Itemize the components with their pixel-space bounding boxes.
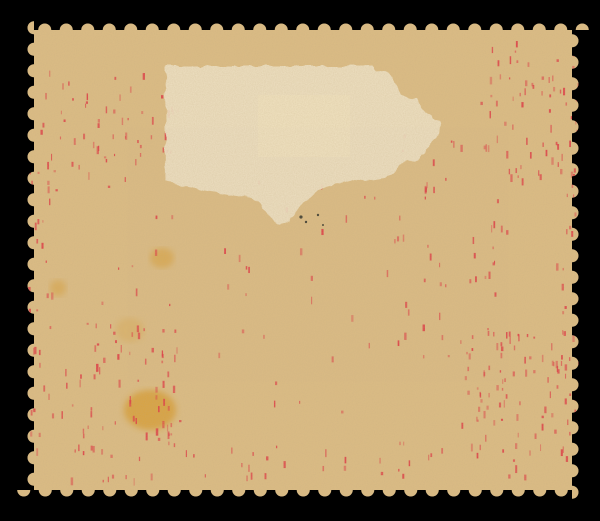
stamp-back-illustration [0,0,600,521]
stamp-photo [0,0,600,521]
